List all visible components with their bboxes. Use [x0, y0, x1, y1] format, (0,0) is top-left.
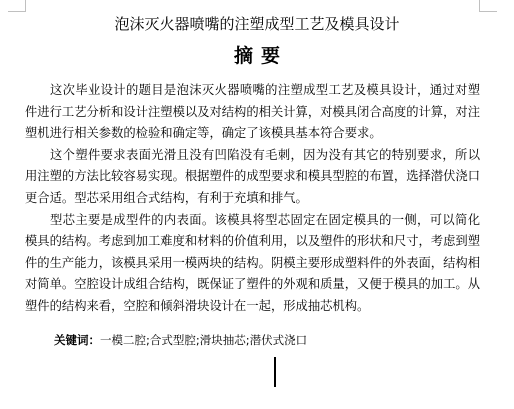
abstract-heading: 摘要: [0, 43, 514, 69]
text-cursor[interactable]: [274, 357, 276, 387]
abstract-paragraph-1: 这次毕业设计的题目是泡沫灭火器喷嘴的注塑成型工艺及模具设计，通过对塑件进行工艺分…: [25, 80, 480, 145]
abstract-paragraph-2: 这个塑件要求表面光滑且没有凹陷没有毛刺，因为没有其它的特别要求，所以用注塑的方法…: [25, 145, 480, 210]
keywords-label: 关键词：: [54, 333, 100, 347]
keywords-value: 一模二腔;合式型腔;滑块抽芯;潜伏式浇口: [100, 333, 307, 347]
abstract-body: 这次毕业设计的题目是泡沫灭火器喷嘴的注塑成型工艺及模具设计，通过对塑件进行工艺分…: [25, 80, 480, 318]
keywords-line: 关键词：一模二腔;合式型腔;滑块抽芯;潜伏式浇口: [54, 332, 307, 348]
page-corner-mark-top-left: [8, 0, 26, 12]
page-corner-mark-top-right: [479, 0, 497, 12]
document-title: 泡沫灭火器喷嘴的注塑成型工艺及模具设计: [0, 14, 514, 34]
abstract-paragraph-3: 型芯主要是成型件的内表面。该模具将型芯固定在固定模具的一侧，可以简化模具的结构。…: [25, 210, 480, 318]
